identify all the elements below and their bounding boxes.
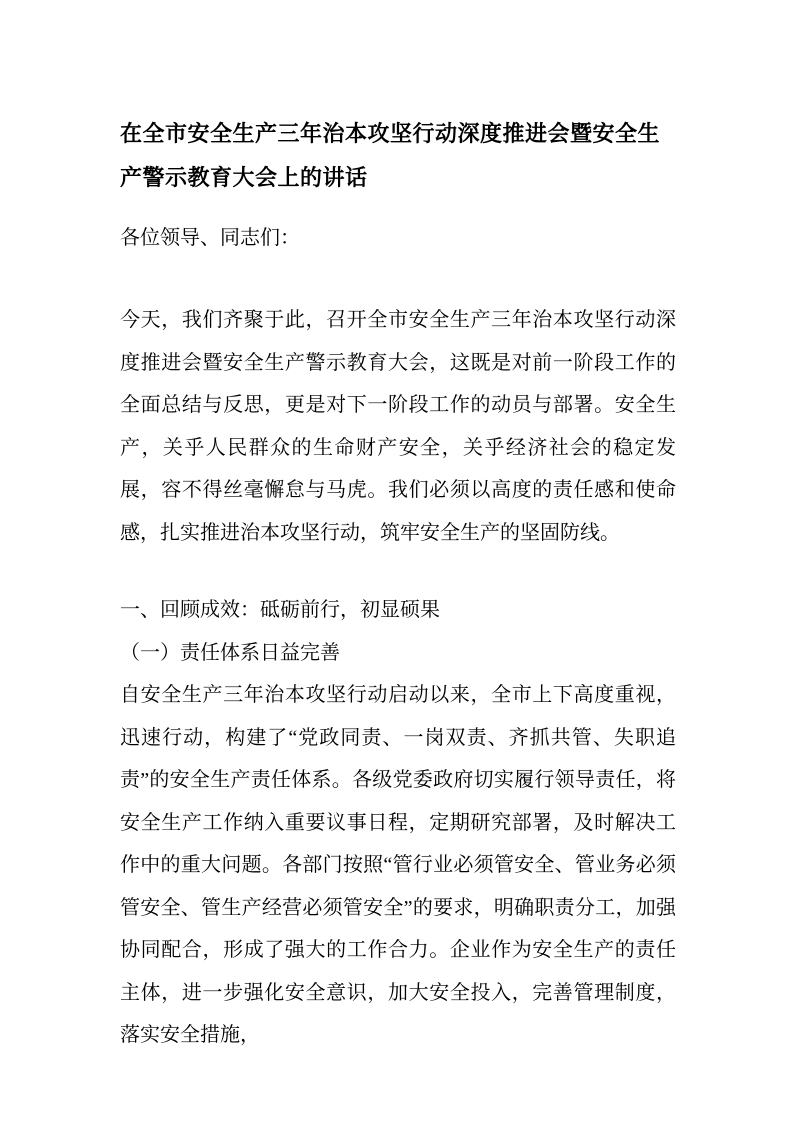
- salutation: 各位领导、同志们：: [120, 216, 676, 260]
- document-title: 在全市安全生产三年治本攻坚行动深度推进会暨安全生产警示教育大会上的讲话: [120, 112, 676, 200]
- section-1-heading: 一、回顾成效：砥砺前行，初显硕果: [120, 589, 676, 632]
- section-1-paragraph: 自安全生产三年治本攻坚行动启动以来，全市上下高度重视，迅速行动，构建了“党政同责…: [120, 674, 676, 1057]
- section-1-subheading: （一）责任体系日益完善: [120, 632, 676, 675]
- document-page: 在全市安全生产三年治本攻坚行动深度推进会暨安全生产警示教育大会上的讲话 各位领导…: [0, 0, 793, 1122]
- opening-paragraph: 今天，我们齐聚于此，召开全市安全生产三年治本攻坚行动深度推进会暨安全生产警示教育…: [120, 299, 676, 554]
